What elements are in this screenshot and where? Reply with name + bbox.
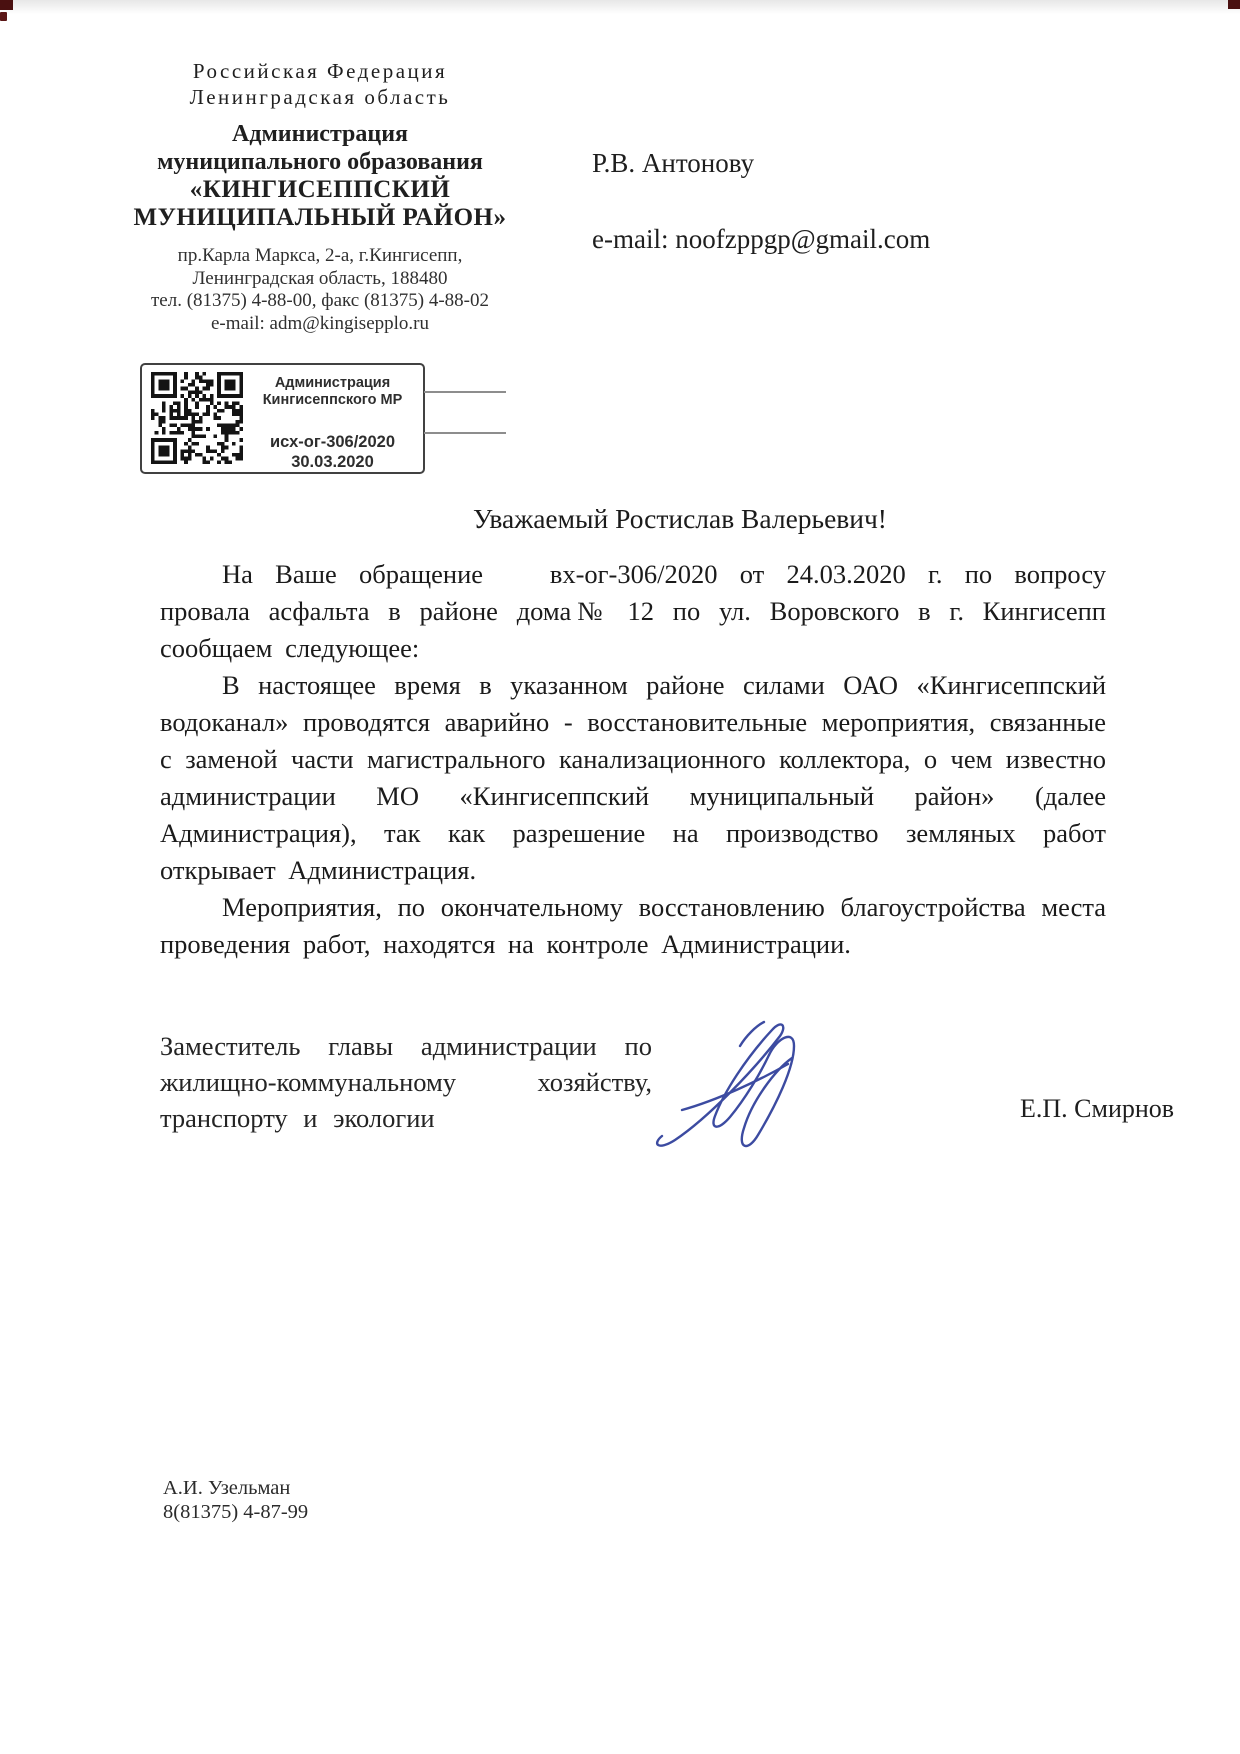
salutation: Уважаемый Ростислав Валерьевич!	[473, 503, 887, 535]
recipient-name: Р.В. Антонову	[592, 148, 930, 178]
paragraph: В настоящее время в указанном районе сил…	[160, 667, 1106, 889]
recipient-email: e-mail: noofzppgp@gmail.com	[592, 224, 930, 254]
scan-top-shadow	[0, 0, 1240, 14]
executor-name: А.И. Узельман	[163, 1476, 308, 1500]
letterhead-region: Ленинградская область	[95, 84, 545, 110]
handwritten-signature	[648, 1008, 843, 1163]
scan-artifact	[0, 12, 7, 21]
qr-code-icon	[151, 372, 243, 464]
letterhead-address-line3: тел. (81375) 4-88-00, факс (81375) 4-88-…	[95, 290, 545, 313]
executor-block: А.И. Узельман 8(81375) 4-87-99	[163, 1476, 308, 1524]
letter-body: На Ваше обращение вх-ог-306/2020 от 24.0…	[160, 556, 1106, 963]
letterhead: Российская Федерация Ленинградская облас…	[95, 58, 545, 335]
paragraph: Мероприятия, по окончательному восстанов…	[160, 889, 1106, 963]
stamp-org-line2: Кингисеппского МР	[246, 392, 419, 409]
stamp-text: Администрация Кингисеппского МР исх-ог-3…	[246, 375, 419, 472]
signer-name: Е.П. Смирнов	[1020, 1094, 1174, 1124]
letterhead-country: Российская Федерация	[95, 58, 545, 84]
letterhead-address-line1: пр.Карла Маркса, 2-а, г.Кингисепп,	[95, 245, 545, 268]
stamp-outgoing-number: исх-ог-306/2020	[246, 433, 419, 452]
letterhead-email: e-mail: adm@kingisepplo.ru	[95, 313, 545, 336]
registration-stamp: Администрация Кингисеппского МР исх-ог-3…	[140, 363, 425, 474]
letterhead-org-line1: Администрация	[95, 120, 545, 148]
scan-artifact	[1228, 0, 1240, 9]
stamp-date: 30.03.2020	[246, 452, 419, 472]
executor-phone: 8(81375) 4-87-99	[163, 1500, 308, 1524]
letterhead-org-line2: муниципального образования	[95, 148, 545, 176]
signer-title: Заместитель главы администрации по жилищ…	[160, 1028, 652, 1136]
recipient-block: Р.В. Антонову e-mail: noofzppgp@gmail.co…	[592, 148, 930, 254]
ruled-line	[424, 391, 506, 393]
paragraph: На Ваше обращение вх-ог-306/2020 от 24.0…	[160, 556, 1106, 667]
stamp-org-line1: Администрация	[246, 375, 419, 392]
ruled-line	[424, 432, 506, 434]
letterhead-org-line4: МУНИЦИПАЛЬНЫЙ РАЙОН»	[95, 204, 545, 232]
scan-artifact	[0, 0, 13, 10]
letterhead-address-line2: Ленинградская область, 188480	[95, 268, 545, 291]
scanned-letter-page: Российская Федерация Ленинградская облас…	[0, 0, 1240, 1754]
letterhead-org-line3: «КИНГИСЕППСКИЙ	[95, 176, 545, 204]
